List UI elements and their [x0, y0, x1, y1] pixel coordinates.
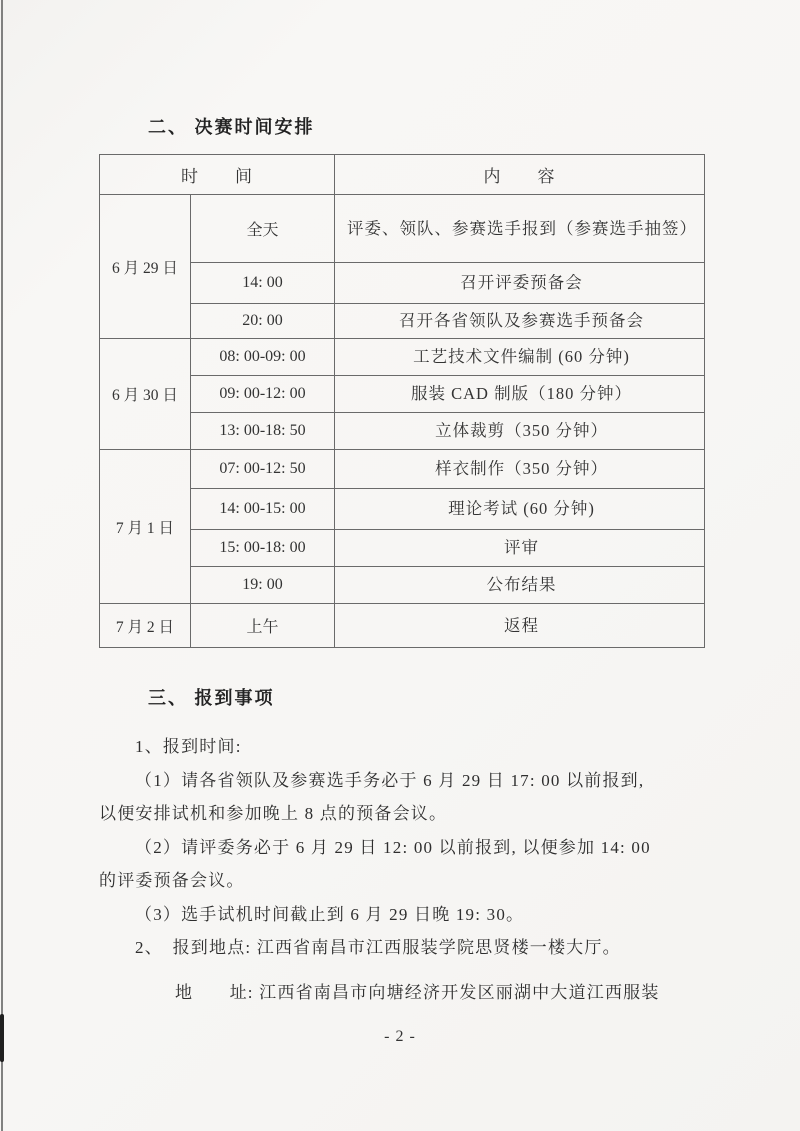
date-cell: 7 月 1 日: [100, 450, 191, 604]
note-line: （1）请各省领队及参赛选手务必于 6 月 29 日 17: 00 以前报到,: [99, 764, 739, 798]
table-row: 7 月 1 日 07: 00-12: 50 样衣制作（350 分钟）: [100, 450, 705, 489]
content-cell: 公布结果: [335, 567, 705, 604]
section2-heading: 二、 决赛时间安排: [148, 113, 315, 139]
content-cell: 返程: [335, 604, 705, 648]
time-cell: 07: 00-12: 50: [191, 450, 335, 489]
time-cell: 20: 00: [191, 304, 335, 339]
content-cell: 立体裁剪（350 分钟）: [335, 413, 705, 450]
content-cell: 理论考试 (60 分钟): [335, 489, 705, 530]
note-line: （3）选手试机时间截止到 6 月 29 日晚 19: 30。: [99, 898, 739, 932]
content-cell: 召开各省领队及参赛选手预备会: [335, 304, 705, 339]
table-row: 09: 00-12: 00 服装 CAD 制版（180 分钟）: [100, 376, 705, 413]
table-row: 13: 00-18: 50 立体裁剪（350 分钟）: [100, 413, 705, 450]
time-cell: 08: 00-09: 00: [191, 339, 335, 376]
table-header-content: 内 容: [335, 155, 705, 195]
content-cell: 召开评委预备会: [335, 263, 705, 304]
table-row: 20: 00 召开各省领队及参赛选手预备会: [100, 304, 705, 339]
schedule-table: 时 间 内 容 6 月 29 日 全天 评委、领队、参赛选手报到（参赛选手抽签）…: [99, 154, 705, 648]
document-page: 二、 决赛时间安排 时 间 内 容 6 月 29 日 全天 评委、领队、参赛选手…: [0, 0, 800, 1131]
content-cell: 样衣制作（350 分钟）: [335, 450, 705, 489]
table-row: 14: 00 召开评委预备会: [100, 263, 705, 304]
table-header-row: 时 间 内 容: [100, 155, 705, 195]
date-cell: 6 月 29 日: [100, 195, 191, 339]
table-row: 6 月 29 日 全天 评委、领队、参赛选手报到（参赛选手抽签）: [100, 195, 705, 263]
content-cell: 服装 CAD 制版（180 分钟）: [335, 376, 705, 413]
note-line: 的评委预备会议。: [99, 864, 739, 898]
time-cell: 13: 00-18: 50: [191, 413, 335, 450]
note-line: 2、 报到地点: 江西省南昌市江西服装学院思贤楼一楼大厅。: [99, 931, 739, 965]
note-line: 1、报到时间:: [99, 730, 739, 764]
time-cell: 14: 00-15: 00: [191, 489, 335, 530]
table-row: 15: 00-18: 00 评审: [100, 530, 705, 567]
time-cell: 09: 00-12: 00: [191, 376, 335, 413]
time-cell: 全天: [191, 195, 335, 263]
table-row: 7 月 2 日 上午 返程: [100, 604, 705, 648]
date-cell: 7 月 2 日: [100, 604, 191, 648]
date-cell: 6 月 30 日: [100, 339, 191, 450]
page-number: - 2 -: [0, 1028, 800, 1046]
table-row: 14: 00-15: 00 理论考试 (60 分钟): [100, 489, 705, 530]
scan-edge-artifact: [1, 0, 3, 1131]
content-cell: 评审: [335, 530, 705, 567]
content-cell: 评委、领队、参赛选手报到（参赛选手抽签）: [335, 195, 705, 263]
time-cell: 上午: [191, 604, 335, 648]
note-line: （2）请评委务必于 6 月 29 日 12: 00 以前报到, 以便参加 14:…: [99, 831, 739, 865]
note-line: 以便安排试机和参加晚上 8 点的预备会议。: [99, 797, 739, 831]
time-cell: 19: 00: [191, 567, 335, 604]
time-cell: 14: 00: [191, 263, 335, 304]
table-row: 19: 00 公布结果: [100, 567, 705, 604]
section3-heading: 三、 报到事项: [148, 684, 275, 710]
registration-notes: 1、报到时间: （1）请各省领队及参赛选手务必于 6 月 29 日 17: 00…: [99, 730, 739, 1009]
note-line: 地 址: 江西省南昌市向塘经济开发区丽湖中大道江西服装: [99, 976, 739, 1010]
table-row: 6 月 30 日 08: 00-09: 00 工艺技术文件编制 (60 分钟): [100, 339, 705, 376]
time-cell: 15: 00-18: 00: [191, 530, 335, 567]
content-cell: 工艺技术文件编制 (60 分钟): [335, 339, 705, 376]
table-header-time: 时 间: [100, 155, 335, 195]
